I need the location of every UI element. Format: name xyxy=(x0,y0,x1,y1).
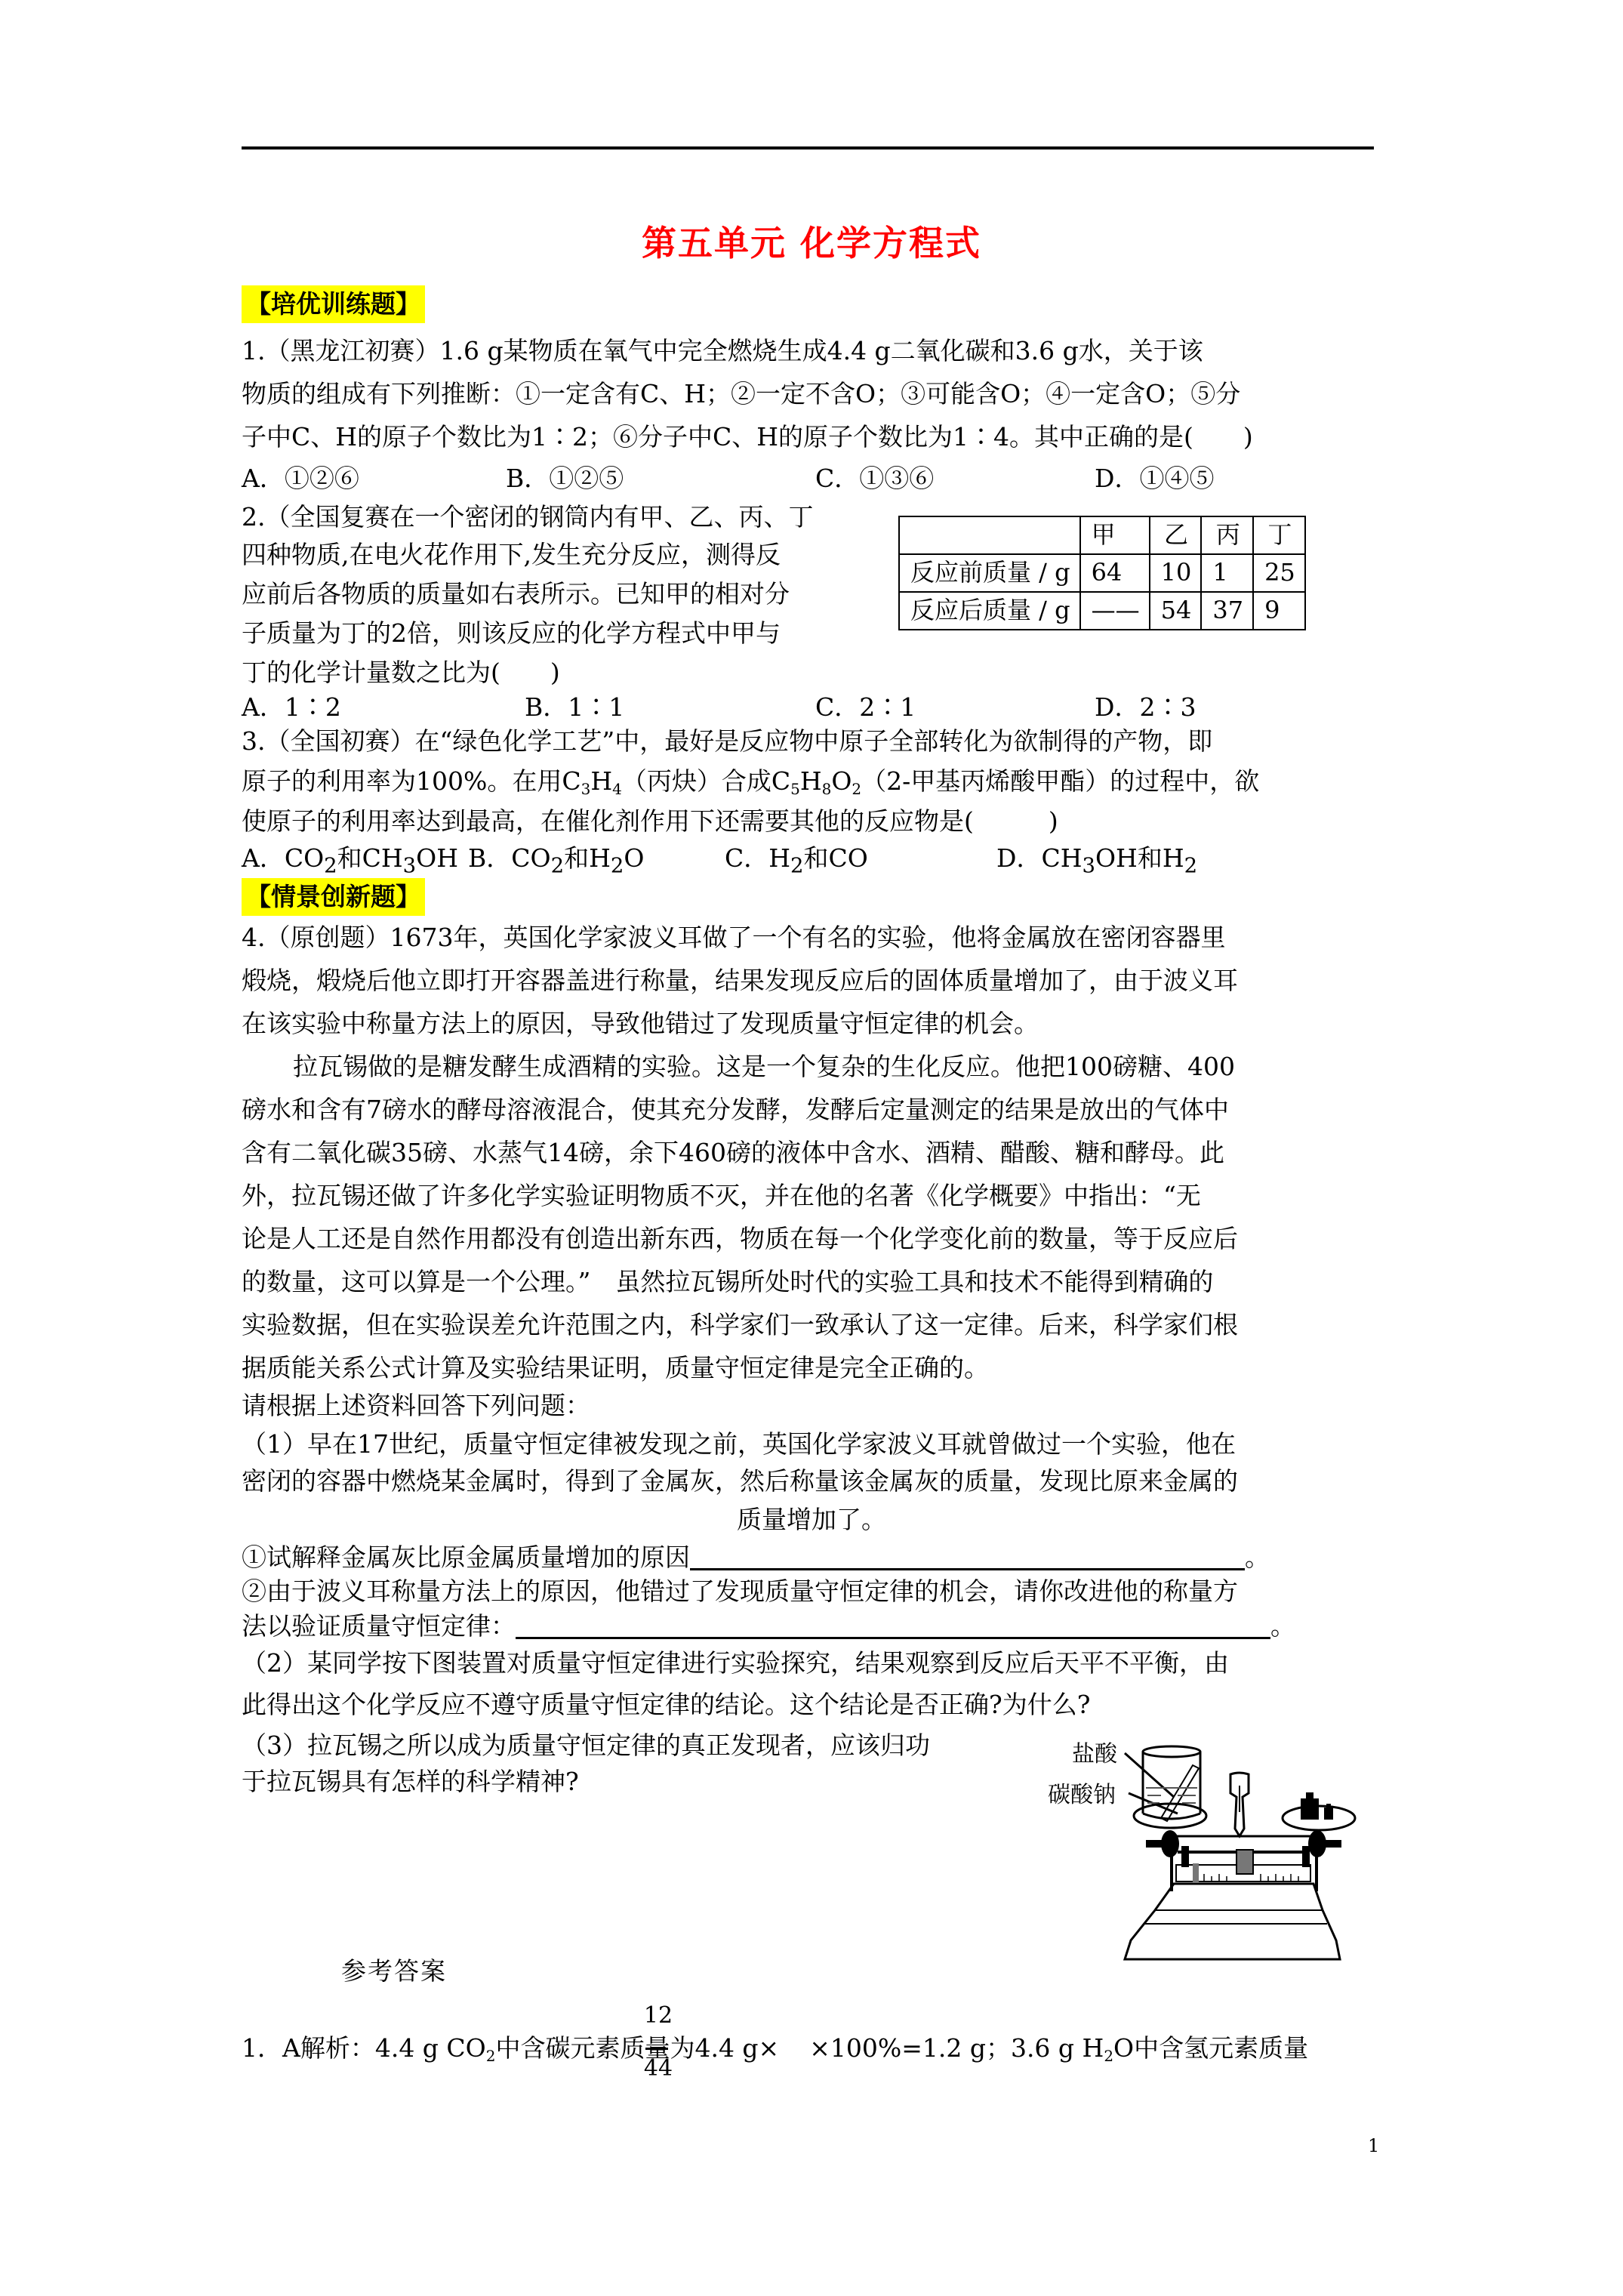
q4-sub2-line-1: ②由于波义耳称量方法上的原因，他错过了发现质量守恒定律的机会，请你改进他的称量方 xyxy=(242,1576,1389,1607)
subscript: 8 xyxy=(822,780,832,798)
section-tag-training: 【培优训练题】 xyxy=(242,285,425,323)
q4-line-4: 拉瓦锡做的是糖发酵生成酒精的实验。这是一个复杂的生化反应。他把100磅糖、400 xyxy=(242,1052,1440,1082)
q4-prompt: 请根据上述资料回答下列问题： xyxy=(242,1391,1389,1421)
q3-option-d[interactable]: D．CH3OH和H2 xyxy=(996,843,1197,881)
option-text: OH和H xyxy=(1095,843,1184,873)
answer-blank-1[interactable] xyxy=(690,1546,1245,1570)
table-header-cell xyxy=(899,516,1080,554)
q1-option-d[interactable]: D．①④⑤ xyxy=(1095,464,1214,494)
answer-blank-2[interactable] xyxy=(516,1614,1270,1639)
q1-line-3: 子中C、H的原子个数比为1∶2；⑥分子中C、H的原子个数比为1∶4。其中正确的是… xyxy=(242,422,1389,452)
q3-line-3: 使原子的利用率达到最高，在催化剂作用下还需要其他的反应物是( ) xyxy=(242,806,1389,837)
q4-part1-line-1: （1）早在17世纪，质量守恒定律被发现之前，英国化学家波义耳就曾做过一个实验，他… xyxy=(242,1429,1389,1459)
q3-text: H xyxy=(800,766,822,796)
subscript: 2 xyxy=(1104,2047,1113,2065)
subscript: 2 xyxy=(611,854,624,878)
fraction-numerator: 12 xyxy=(643,2002,673,2029)
table-header-cell: 乙 xyxy=(1150,516,1202,554)
header-rule xyxy=(242,146,1374,149)
table-row: 反应后质量 / g —— 54 37 9 xyxy=(899,592,1305,630)
q4-sub1-text: ①试解释金属灰比原金属质量增加的原因 xyxy=(242,1542,690,1572)
q4-line-9: 的数量，这可以算是一个公理。” 虽然拉瓦锡所处时代的实验工具和技术不能得到精确的 xyxy=(242,1267,1389,1297)
answer-1: 1．A解析：4.4 g CO2中含碳元素质量为4.4 g××100%=1.2 g… xyxy=(242,2033,1389,2063)
option-text: O xyxy=(624,843,644,873)
q4-part1-line-3: 质量增加了。 xyxy=(0,1505,1623,1535)
q4-part1-line-2: 密闭的容器中燃烧某金属时，得到了金属灰，然后称量该金属灰的质量，发现比原来金属的 xyxy=(242,1466,1389,1496)
table-cell: 25 xyxy=(1253,554,1305,592)
option-text: C．H xyxy=(725,843,790,873)
option-text: B．CO xyxy=(468,843,551,873)
q4-sub1: ①试解释金属灰比原金属质量增加的原因。 xyxy=(242,1542,1389,1573)
q4-line-5: 磅水和含有7磅水的酵母溶液混合，使其充分发酵，发酵后定量测定的结果是放出的气体中 xyxy=(242,1095,1389,1125)
option-text: 和H xyxy=(564,843,611,873)
document-page: 第五单元 化学方程式 【培优训练题】 1.（黑龙江初赛）1.6 g某物质在氧气中… xyxy=(0,0,1623,2296)
period: 。 xyxy=(1245,1542,1270,1572)
subscript: 5 xyxy=(790,780,800,798)
period: 。 xyxy=(1270,1611,1295,1641)
q4-line-2: 煅烧，煅烧后他立即打开容器盖进行称量，结果发现反应后的固体质量增加了，由于波义耳 xyxy=(242,966,1389,996)
mass-table: 甲 乙 丙 丁 反应前质量 / g 64 10 1 25 反应后质量 / g —… xyxy=(898,516,1306,630)
q3-text: （丙炔）合成C xyxy=(622,766,790,796)
q2-option-a[interactable]: A．1∶2 xyxy=(242,692,341,723)
subscript: 2 xyxy=(486,2047,496,2065)
q1-line-1: 1.（黑龙江初赛）1.6 g某物质在氧气中完全燃烧生成4.4 g二氧化碳和3.6… xyxy=(242,336,1389,366)
fraction-denominator: 44 xyxy=(643,2055,673,2082)
table-header-cell: 甲 xyxy=(1080,516,1150,554)
q3-line-2: 原子的利用率为100%。在用C3H4（丙炔）合成C5H8O2（2-甲基丙烯酸甲酯… xyxy=(242,766,1389,797)
table-cell: 反应前质量 / g xyxy=(899,554,1080,592)
table-header-cell: 丁 xyxy=(1253,516,1305,554)
q1-line-2: 物质的组成有下列推断：①一定含有C、H；②一定不含O；③可能含O；④一定含O；⑤… xyxy=(242,379,1389,409)
page-title: 第五单元 化学方程式 xyxy=(0,216,1623,266)
subscript: 3 xyxy=(403,854,417,878)
answers-title: 参考答案 xyxy=(341,1952,447,1987)
q4-line-3: 在该实验中称量方法上的原因，导致他错过了发现质量守恒定律的机会。 xyxy=(242,1009,1389,1039)
q2-line-5: 丁的化学计量数之比为( ) xyxy=(242,658,1389,688)
option-text: A．CO xyxy=(242,843,324,873)
q1-option-b[interactable]: B．①②⑤ xyxy=(506,464,624,494)
q3-option-a[interactable]: A．CO2和CH3OH xyxy=(242,843,458,881)
q4-line-8: 论是人工还是自然作用都没有创造出新东西，物质在每一个化学变化前的数量，等于反应后 xyxy=(242,1224,1389,1254)
table-cell: 9 xyxy=(1253,592,1305,630)
table-header-cell: 丙 xyxy=(1201,516,1253,554)
answer-text: ×100%=1.2 g；3.6 g H xyxy=(809,2033,1104,2063)
q1-option-a[interactable]: A．①②⑥ xyxy=(242,464,359,494)
q4-line-7: 外，拉瓦锡还做了许多化学实验证明物质不灭，并在他的名著《化学概要》中指出：“无 xyxy=(242,1181,1389,1211)
section-tag-scenario: 【情景创新题】 xyxy=(242,878,425,916)
q3-line-1: 3.（全国初赛）在“绿色化学工艺”中，最好是反应物中原子全部转化为欲制得的产物，… xyxy=(242,726,1389,757)
balance-figure: 盐酸 碳酸钠 xyxy=(1042,1729,1434,2046)
subscript: 2 xyxy=(551,854,565,878)
table-cell: 反应后质量 / g xyxy=(899,592,1080,630)
subscript: 3 xyxy=(1083,854,1096,878)
subscript: 4 xyxy=(612,780,622,798)
q3-text: （2-甲基丙烯酸甲酯）的过程中，欲 xyxy=(861,766,1259,796)
answer-text: 1．A解析：4.4 g CO xyxy=(242,2033,486,2063)
table-cell: —— xyxy=(1080,592,1150,630)
subscript: 2 xyxy=(852,780,861,798)
option-text: 和CH xyxy=(337,843,403,873)
q4-line-10: 实验数据，但在实验误差允许范围之内，科学家们一致承认了这一定律。后来，科学家们根 xyxy=(242,1310,1389,1340)
table-cell: 64 xyxy=(1080,554,1150,592)
table-header-row: 甲 乙 丙 丁 xyxy=(899,516,1305,554)
balance-scale-icon xyxy=(1042,1729,1434,2046)
q4-part2-line-2: 此得出这个化学反应不遵守质量守恒定律的结论。这个结论是否正确?为什么? xyxy=(242,1690,1389,1720)
answer-text: O中含氢元素质量 xyxy=(1113,2033,1308,2063)
q3-option-c[interactable]: C．H2和CO xyxy=(725,843,868,881)
answer-text: 中含碳元素质量为4.4 g× xyxy=(495,2033,779,2063)
fraction-bar xyxy=(645,2048,668,2050)
q4-line-1: 4.（原创题）1673年，英国化学家波义耳做了一个有名的实验，他将金属放在密闭容… xyxy=(242,923,1389,953)
table-cell: 37 xyxy=(1201,592,1253,630)
subscript: 3 xyxy=(581,780,591,798)
option-text: 和CO xyxy=(804,843,868,873)
table-cell: 54 xyxy=(1150,592,1202,630)
table-row: 反应前质量 / g 64 10 1 25 xyxy=(899,554,1305,592)
q1-option-c[interactable]: C．①③⑥ xyxy=(815,464,934,494)
q4-sub2-line-2: 法以验证质量守恒定律：。 xyxy=(242,1611,1389,1641)
table-cell: 1 xyxy=(1201,554,1253,592)
q3-text: 原子的利用率为100%。在用C xyxy=(242,766,581,796)
subscript: 2 xyxy=(1184,854,1198,878)
q2-option-c[interactable]: C．2∶1 xyxy=(815,692,916,723)
q2-option-b[interactable]: B．1∶1 xyxy=(525,692,624,723)
q3-text: O xyxy=(831,766,852,796)
subscript: 2 xyxy=(790,854,804,878)
q4-sub2-text: 法以验证质量守恒定律： xyxy=(242,1611,516,1641)
option-text: OH xyxy=(416,843,458,873)
option-text: D．CH xyxy=(996,843,1083,873)
q4-part2-line-1: （2）某同学按下图装置对质量守恒定律进行实验探究，结果观察到反应后天平不平衡，由 xyxy=(242,1648,1389,1678)
q4-line-6: 含有二氧化碳35磅、水蒸气14磅，余下460磅的液体中含水、酒精、醋酸、糖和酵母… xyxy=(242,1138,1389,1168)
subscript: 2 xyxy=(324,854,337,878)
table-cell: 10 xyxy=(1150,554,1202,592)
page-number: 1 xyxy=(1368,2135,1379,2156)
q2-option-d[interactable]: D．2∶3 xyxy=(1095,692,1196,723)
q4-line-11: 据质能关系公式计算及实验结果证明，质量守恒定律是完全正确的。 xyxy=(242,1353,1389,1383)
q3-option-b[interactable]: B．CO2和H2O xyxy=(468,843,644,881)
q3-text: H xyxy=(590,766,612,796)
